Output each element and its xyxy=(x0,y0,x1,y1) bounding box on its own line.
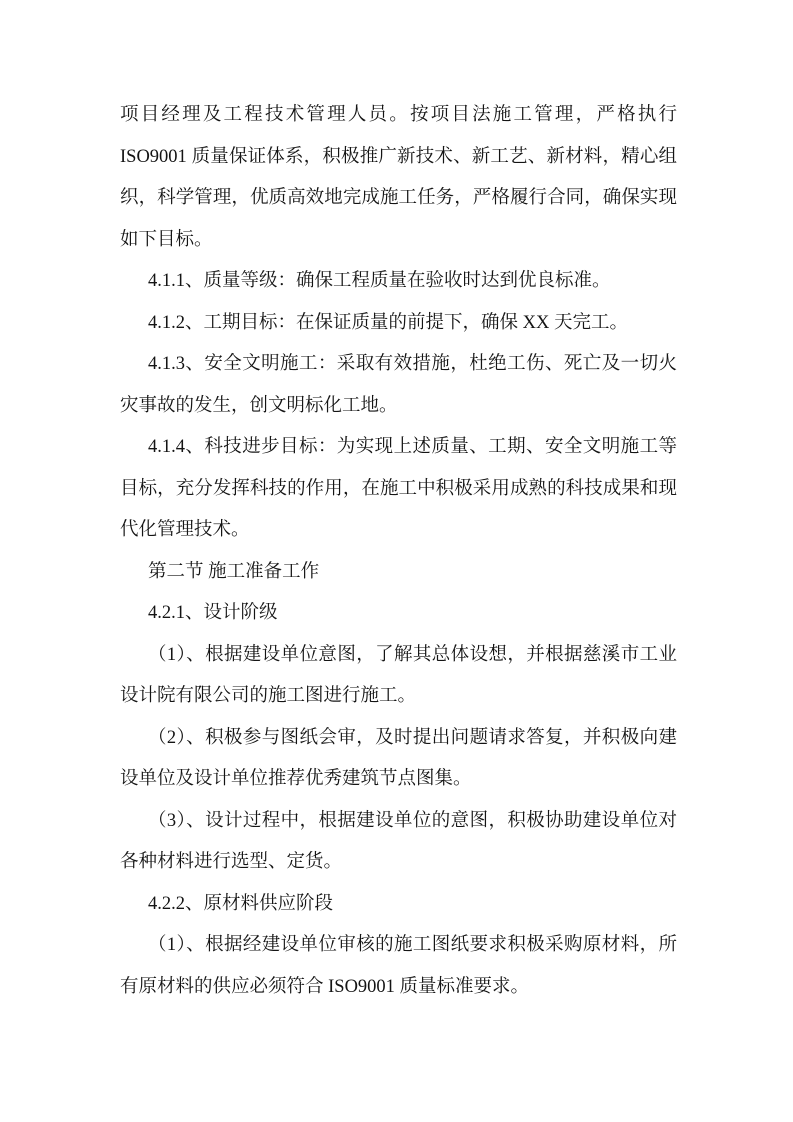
clause-4-1-2-schedule-goal: 4.1.2、工期目标：在保证质量的前提下，确保 XX 天完工。 xyxy=(120,303,677,345)
document-body: 项目经理及工程技术管理人员。按项目法施工管理，严格执行 ISO9001 质量保证… xyxy=(120,95,677,1008)
clause-4-2-1-design-stage: 4.2.1、设计阶级 xyxy=(120,593,677,635)
clause-4-2-2-raw-material-supply-stage: 4.2.2、原材料供应阶段 xyxy=(120,884,677,926)
text-line: （1）、根据建设单位意图，了解其总体设想，并根据慈溪市工业 xyxy=(120,635,677,677)
section-heading-2-construction-preparation: 第二节 施工准备工作 xyxy=(120,552,677,594)
clause-4-1-4-technology-progress-goal: 4.1.4、科技进步目标：为实现上述质量、工期、安全文明施工等 目标，充分发挥科… xyxy=(120,427,677,552)
paragraph-page-continuation: 项目经理及工程技术管理人员。按项目法施工管理，严格执行 ISO9001 质量保证… xyxy=(120,95,677,261)
item-3-material-selection: （3）、设计过程中，根据建设单位的意图，积极协助建设单位对 各种材料进行选型、定… xyxy=(120,801,677,884)
section-heading-text: 第二节 施工准备工作 xyxy=(120,552,677,594)
text-line: 各种材料进行选型、定货。 xyxy=(120,842,677,884)
text-line: 4.1.2、工期目标：在保证质量的前提下，确保 XX 天完工。 xyxy=(120,303,677,345)
text-line: 4.1.4、科技进步目标：为实现上述质量、工期、安全文明施工等 xyxy=(120,427,677,469)
text-line: ISO9001 质量保证体系，积极推广新技术、新工艺、新材料，精心组 xyxy=(120,137,677,179)
item-1-raw-material-procurement: （1）、根据经建设单位审核的施工图纸要求积极采购原材料，所 有原材料的供应必须符… xyxy=(120,925,677,1008)
item-2-drawing-review: （2）、积极参与图纸会审，及时提出问题请求答复，并积极向建 设单位及设计单位推荐… xyxy=(120,718,677,801)
text-line: 织，科学管理，优质高效地完成施工任务，严格履行合同，确保实现 xyxy=(120,178,677,220)
text-line: 设计院有限公司的施工图进行施工。 xyxy=(120,676,677,718)
text-line: 4.1.1、质量等级：确保工程质量在验收时达到优良标准。 xyxy=(120,261,677,303)
text-line: 如下目标。 xyxy=(120,220,677,262)
text-line: 设单位及设计单位推荐优秀建筑节点图集。 xyxy=(120,759,677,801)
clause-4-1-1-quality-grade: 4.1.1、质量等级：确保工程质量在验收时达到优良标准。 xyxy=(120,261,677,303)
text-line: 项目经理及工程技术管理人员。按项目法施工管理，严格执行 xyxy=(120,95,677,137)
text-line: （1）、根据经建设单位审核的施工图纸要求积极采购原材料，所 xyxy=(120,925,677,967)
document-page: 项目经理及工程技术管理人员。按项目法施工管理，严格执行 ISO9001 质量保证… xyxy=(0,0,793,1122)
text-line: 4.2.1、设计阶级 xyxy=(120,593,677,635)
text-line: 代化管理技术。 xyxy=(120,510,677,552)
clause-4-1-3-safety-civilized-construction: 4.1.3、安全文明施工：采取有效措施，杜绝工伤、死亡及一切火 灾事故的发生，创… xyxy=(120,344,677,427)
text-line: 4.1.3、安全文明施工：采取有效措施，杜绝工伤、死亡及一切火 xyxy=(120,344,677,386)
text-line: 4.2.2、原材料供应阶段 xyxy=(120,884,677,926)
text-line: 有原材料的供应必须符合 ISO9001 质量标准要求。 xyxy=(120,967,677,1009)
text-line: （2）、积极参与图纸会审，及时提出问题请求答复，并积极向建 xyxy=(120,718,677,760)
text-line: 灾事故的发生，创文明标化工地。 xyxy=(120,386,677,428)
text-line: （3）、设计过程中，根据建设单位的意图，积极协助建设单位对 xyxy=(120,801,677,843)
text-line: 目标，充分发挥科技的作用，在施工中积极采用成熟的科技成果和现 xyxy=(120,469,677,511)
item-1-design-intent: （1）、根据建设单位意图，了解其总体设想，并根据慈溪市工业 设计院有限公司的施工… xyxy=(120,635,677,718)
